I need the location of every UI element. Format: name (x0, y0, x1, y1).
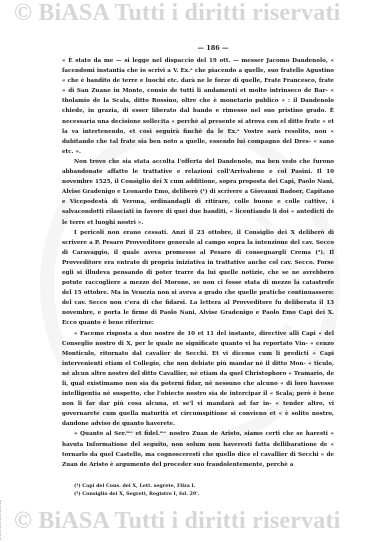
page-number: — 186 — (92, 44, 334, 52)
footnotes: (¹) Capi del Cons. dei X, Lett. segrete,… (62, 482, 334, 498)
paragraph-4-quote: « Facemo risposta a due nostre de 10 et … (62, 329, 334, 430)
paragraph-5-quote: « Quanto al Ser.ᵐᵒ et fidel.ᵐᵒ nostro Zu… (62, 429, 334, 469)
watermark-top: © BiASA Tutti i diritti riservati (14, 0, 341, 27)
footnote-2: (²) Consiglio dei X, Segreti, Registro I… (74, 490, 334, 498)
paragraph-2: Non trovo che sia stata accolta l'offert… (62, 157, 334, 228)
watermark-bottom: © BiASA Tutti i diritti riservati (14, 508, 341, 535)
paragraph-3: I pericoli non erano cessati. Anzi il 23… (62, 228, 334, 329)
document-page: — 186 — « È stato da me — si legge nel d… (62, 44, 334, 498)
page-edge-marks (0, 500, 4, 540)
footnote-1: (¹) Capi del Cons. dei X, Lett. segrete,… (74, 482, 334, 490)
paragraph-1: « È stato da me — si legge nel dispaccio… (62, 56, 334, 157)
